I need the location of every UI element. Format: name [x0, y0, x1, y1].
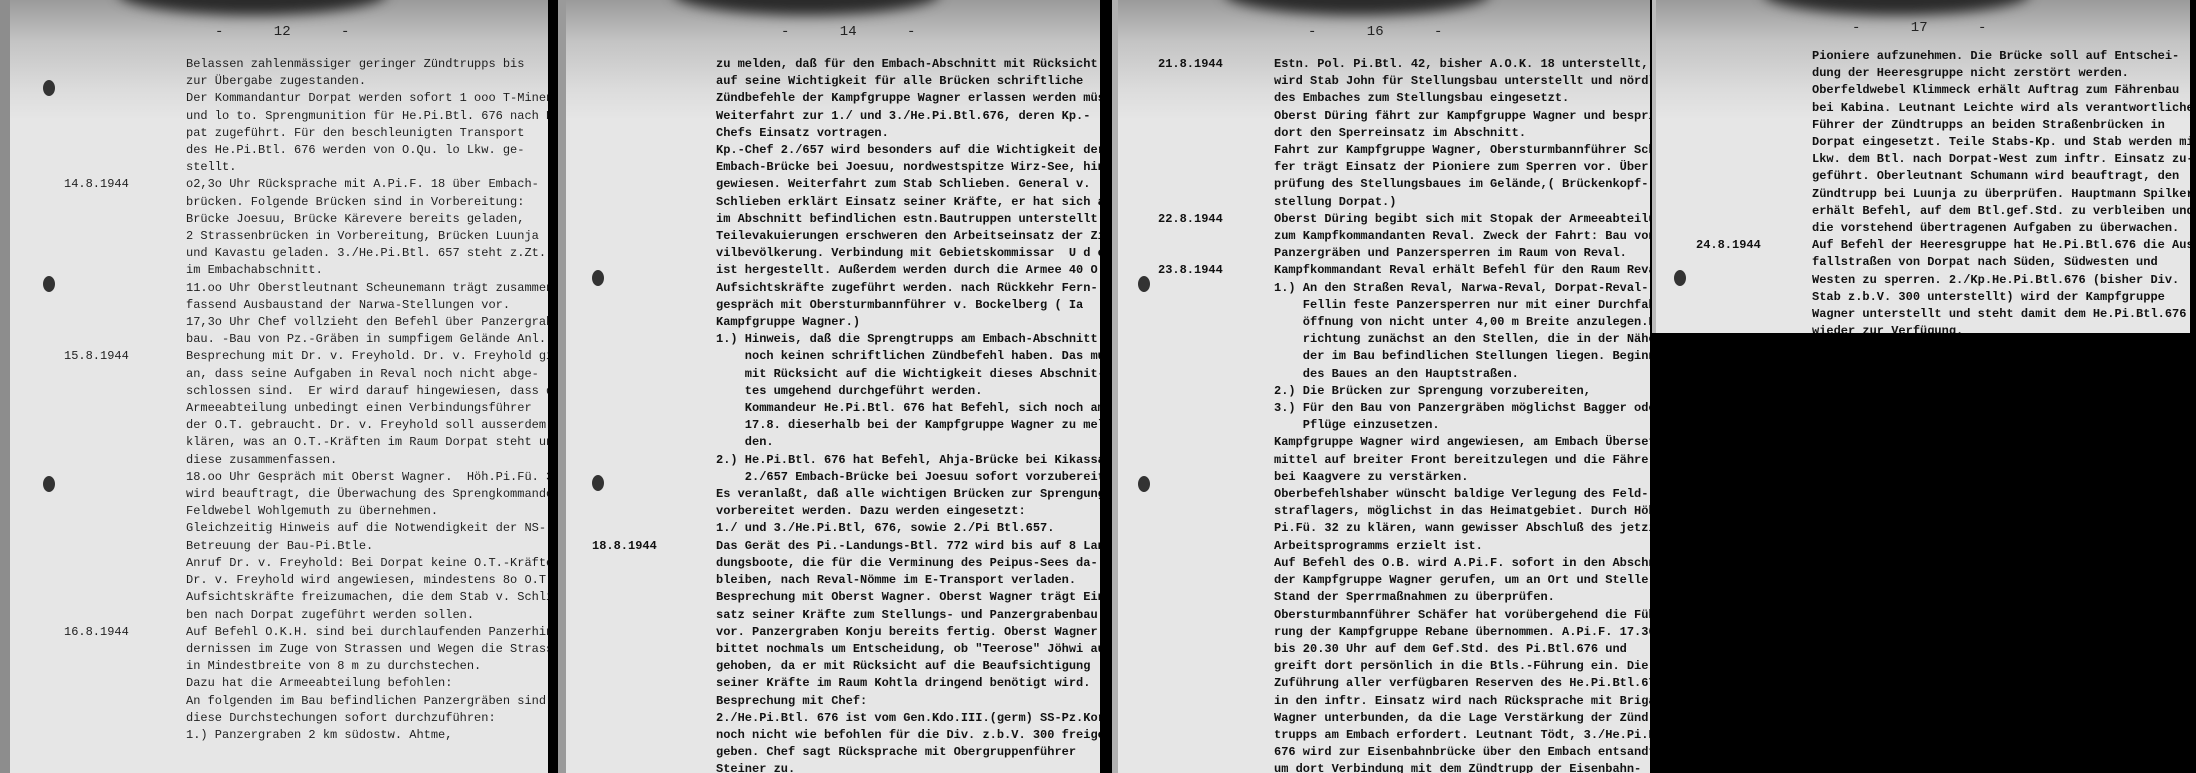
text-line: Auf Befehl des O.B. wird A.Pi.F. sofort … — [1274, 555, 1650, 572]
text-line: Besprechung mit Chef: — [716, 693, 1100, 710]
journal-entry: 1.) Hinweis, daß die Sprengtrupps am Emb… — [716, 331, 1100, 537]
journal-entry: zu melden, daß für den Embach-Abschnitt … — [716, 56, 1100, 331]
page-body: Belassen zahlenmässiger geringer Zündtru… — [186, 56, 548, 744]
text-line: seiner Kräfte im Raum Kohtla dringend be… — [716, 675, 1100, 692]
text-line: diese Durchstechungen sofort durchzuführ… — [186, 710, 548, 727]
text-line: Westen zu sperren. 2./Kp.He.Pi.Btl.676 (… — [1812, 272, 2190, 289]
text-line: Führer der Zündtrupps an beiden Straßenb… — [1812, 117, 2190, 134]
text-line: um dort Verbindung mit dem Zündtrupp der… — [1274, 761, 1650, 773]
text-line: brücken. Folgende Brücken sind in Vorber… — [186, 194, 548, 211]
text-line: zu melden, daß für den Embach-Abschnitt … — [716, 56, 1100, 73]
text-line: Oberst Düring fährt zur Kampfgruppe Wagn… — [1274, 108, 1650, 125]
text-line: 3.) Für den Bau von Panzergräben möglich… — [1274, 400, 1650, 417]
entry-date: 15.8.1944 — [64, 349, 129, 363]
text-line: 1.) Hinweis, daß die Sprengtrupps am Emb… — [716, 331, 1100, 348]
text-line: fallstraßen von Dorpat nach Süden, Südwe… — [1812, 254, 2190, 271]
journal-entry: 22.8.1944Oberst Düring begibt sich mit S… — [1158, 211, 1650, 263]
text-line: geben. Chef sagt Rücksprache mit Obergru… — [716, 744, 1100, 761]
text-line: Kampfgruppe Wagner wird angewiesen, am E… — [1274, 434, 1650, 451]
entry-date: 24.8.1944 — [1696, 238, 1761, 252]
text-line: Kommandeur He.Pi.Btl. 676 hat Befehl, si… — [716, 400, 1100, 417]
journal-entry: 16.8.1944Auf Befehl O.K.H. sind bei durc… — [186, 624, 548, 744]
text-line: zur Übergabe zugestanden. — [186, 73, 548, 90]
punch-hole-mark — [43, 476, 55, 492]
text-line: straflagers, möglichst in das Heimatgebi… — [1274, 503, 1650, 520]
text-line: tes umgehend durchgeführt werden. — [716, 383, 1100, 400]
text-line: dort den Sperreinsatz im Abschnitt. — [1274, 125, 1650, 142]
entry-date: 22.8.1944 — [1158, 212, 1223, 226]
text-line: 18.oo Uhr Gespräch mit Oberst Wagner. Hö… — [186, 469, 548, 486]
text-line: Pflüge einzusetzen. — [1274, 417, 1650, 434]
text-line: Oberbefehlshaber wünscht baldige Verlegu… — [1274, 486, 1650, 503]
page-number: - 14 - — [781, 24, 915, 40]
punch-hole-mark — [1674, 270, 1686, 286]
text-line: Es veranlaßt, daß alle wichtigen Brücken… — [716, 486, 1100, 503]
text-line: Stand der Sperrmaßnahmen zu überprüfen. — [1274, 589, 1650, 606]
text-line: greift dort persönlich in die Btls.-Führ… — [1274, 658, 1650, 675]
journal-entry: 21.8.1944Estn. Pol. Pi.Btl. 42, bisher A… — [1158, 56, 1650, 211]
text-line: gespräch mit Obersturmbannführer v. Bock… — [716, 297, 1100, 314]
text-line: Embach-Brücke bei Joesuu, nordwestspitze… — [716, 159, 1100, 176]
text-line: Dr. v. Freyhold wird angewiesen, mindest… — [186, 572, 548, 589]
text-line: 17,3o Uhr Chef vollzieht den Befehl über… — [186, 314, 548, 331]
text-line: Fellin feste Panzersperren nur mit einer… — [1274, 297, 1650, 314]
text-line: Brücke Joesuu, Brücke Kärevere bereits g… — [186, 211, 548, 228]
text-line: 676 wird zur Eisenbahnbrücke über den Em… — [1274, 744, 1650, 761]
entry-date: 21.8.1944 — [1158, 57, 1223, 71]
page-number: - 12 - — [215, 24, 349, 40]
text-line: des Embaches zum Stellungsbau eingesetzt… — [1274, 90, 1650, 107]
text-line: der im Bau befindlichen Stellungen liege… — [1274, 348, 1650, 365]
text-line: Aufsichtskräfte zugeführt werden. nach R… — [716, 280, 1100, 297]
text-line: Pi.Fü. 32 zu klären, wann gewisser Absch… — [1274, 520, 1650, 537]
text-line: ist hergestellt. Außerdem werden durch d… — [716, 262, 1100, 279]
text-line: im Abschnitt befindlichen estn.Bautruppe… — [716, 211, 1100, 228]
text-line: wird Stab John für Stellungsbau unterste… — [1274, 73, 1650, 90]
text-line: bau. -Bau von Pz.-Gräben in sumpfigem Ge… — [186, 331, 548, 348]
text-line: Stab z.b.V. 300 unterstellt) wird der Ka… — [1812, 289, 2190, 306]
text-line: ben nach Dorpat zugeführt werden sollen. — [186, 607, 548, 624]
text-line: 1./ und 3./He.Pi.Btl, 676, sowie 2./Pi B… — [716, 520, 1100, 537]
page-16: - 16 - 21.8.1944Estn. Pol. Pi.Btl. 42, b… — [1112, 0, 1650, 773]
text-line: den. — [716, 434, 1100, 451]
text-line: Obersturmbannführer Schäfer hat vorüberg… — [1274, 607, 1650, 624]
punch-hole-mark — [1138, 476, 1150, 492]
text-line: Panzergräben und Panzersperren im Raum v… — [1274, 245, 1650, 262]
text-line: Oberst Düring begibt sich mit Stopak der… — [1274, 211, 1650, 228]
text-line: stellung Dorpat.) — [1274, 194, 1650, 211]
text-line: auf seine Wichtigkeit für alle Brücken s… — [716, 73, 1100, 90]
journal-entry: 14.8.1944o2,3o Uhr Rücksprache mit A.Pi.… — [186, 176, 548, 348]
text-line: stellt. — [186, 159, 548, 176]
page-body: 21.8.1944Estn. Pol. Pi.Btl. 42, bisher A… — [1158, 56, 1650, 773]
text-line: schlossen sind. Er wird darauf hingewies… — [186, 383, 548, 400]
text-line: Anruf Dr. v. Freyhold: Bei Dorpat keine … — [186, 555, 548, 572]
text-line: Chefs Einsatz vortragen. — [716, 125, 1100, 142]
page-12: - 12 - Belassen zahlenmässiger geringer … — [0, 0, 548, 773]
text-line: Arbeitsprogramms erzielt ist. — [1274, 538, 1650, 555]
text-line: vorbereitet werden. Dazu werden eingeset… — [716, 503, 1100, 520]
text-line: 11.oo Uhr Oberstleutnant Scheunemann trä… — [186, 280, 548, 297]
text-line: erhält Befehl, auf dem Btl.gef.Std. zu v… — [1812, 203, 2190, 220]
text-line: der Kampfgruppe Wagner gerufen, um an Or… — [1274, 572, 1650, 589]
text-line: Auf Befehl der Heeresgruppe hat He.Pi.Bt… — [1812, 237, 2190, 254]
text-line: Feldwebel Wohlgemuth zu übernehmen. — [186, 503, 548, 520]
text-line: Zuführung aller verfügbaren Reserven des… — [1274, 675, 1650, 692]
text-line: Kp.-Chef 2./657 wird besonders auf die W… — [716, 142, 1100, 159]
text-line: in Mindestbreite von 8 m zu durchstechen… — [186, 658, 548, 675]
text-line: und lo to. Sprengmunition für He.Pi.Btl.… — [186, 108, 548, 125]
journal-entry: Belassen zahlenmässiger geringer Zündtru… — [186, 56, 548, 176]
text-line: an, dass seine Aufgaben in Reval noch ni… — [186, 366, 548, 383]
text-line: 2 Strassenbrücken in Vorbereitung, Brück… — [186, 228, 548, 245]
text-line: satz seiner Kräfte zum Stellungs- und Pa… — [716, 607, 1100, 624]
page-number: - 16 - — [1308, 24, 1442, 40]
text-line: 2.) He.Pi.Btl. 676 hat Befehl, Ahja-Brüc… — [716, 452, 1100, 469]
text-line: Fahrt zur Kampfgruppe Wagner, Obersturmb… — [1274, 142, 1650, 159]
text-line: 2./657 Embach-Brücke bei Joesuu sofort v… — [716, 469, 1100, 486]
text-line: Schlieben erklärt Einsatz seiner Kräfte,… — [716, 194, 1100, 211]
text-line: des Baues an den Hauptstraßen. — [1274, 366, 1650, 383]
text-line: Besprechung mit Oberst Wagner. Oberst Wa… — [716, 589, 1100, 606]
text-line: Weiterfahrt zur 1./ und 3./He.Pi.Btl.676… — [716, 108, 1100, 125]
text-line: 2./He.Pi.Btl. 676 ist vom Gen.Kdo.III.(g… — [716, 710, 1100, 727]
journal-entry: 24.8.1944Auf Befehl der Heeresgruppe hat… — [1696, 237, 2190, 333]
journal-entry: 18.8.1944Das Gerät des Pi.-Landungs-Btl.… — [716, 538, 1100, 773]
text-line: trupps am Embach erfordert. Leutnant Töd… — [1274, 727, 1650, 744]
text-line: o2,3o Uhr Rücksprache mit A.Pi.F. 18 übe… — [186, 176, 548, 193]
text-line: der O.T. gebraucht. Dr. v. Freyhold soll… — [186, 417, 548, 434]
text-line: dernissen im Zuge von Strassen und Wegen… — [186, 641, 548, 658]
text-line: mittel auf breiter Front bereitzulegen u… — [1274, 452, 1650, 469]
page-14: - 14 - zu melden, daß für den Embach-Abs… — [558, 0, 1100, 773]
text-line: 1.) Panzergraben 2 km südostw. Ahtme, — [186, 727, 548, 744]
text-line: Besprechung mit Dr. v. Freyhold. Dr. v. … — [186, 348, 548, 365]
page-body: Pioniere aufzunehmen. Die Brücke soll au… — [1696, 48, 2190, 333]
text-line: bei Kaagvere zu verstärken. — [1274, 469, 1650, 486]
text-line: Oberfeldwebel Klimmeck erhält Auftrag zu… — [1812, 82, 2190, 99]
text-line: des He.Pi.Btl. 676 werden von O.Qu. lo L… — [186, 142, 548, 159]
entry-date: 16.8.1944 — [64, 625, 129, 639]
text-line: bittet nochmals um Entscheidung, ob "Tee… — [716, 641, 1100, 658]
text-line: fer trägt Einsatz der Pioniere zum Sperr… — [1274, 159, 1650, 176]
text-line: Aufsichtskräfte freizumachen, die dem St… — [186, 589, 548, 606]
text-line: Wagner unterstellt und steht damit dem H… — [1812, 306, 2190, 323]
text-line: im Embachabschnitt. — [186, 262, 548, 279]
text-line: Betreuung der Bau-Pi.Btle. — [186, 538, 548, 555]
text-line: pat zugeführt. Für den beschleunigten Tr… — [186, 125, 548, 142]
text-line: Dazu hat die Armeeabteilung befohlen: — [186, 675, 548, 692]
text-line: Belassen zahlenmässiger geringer Zündtru… — [186, 56, 548, 73]
text-line: Gleichzeitig Hinweis auf die Notwendigke… — [186, 520, 548, 537]
punch-hole-mark — [592, 475, 604, 491]
text-line: noch nicht wie befohlen für die Div. z.b… — [716, 727, 1100, 744]
entry-date: 18.8.1944 — [592, 539, 657, 553]
text-line: dung der Heeresgruppe nicht zerstört wer… — [1812, 65, 2190, 82]
journal-entry: Pioniere aufzunehmen. Die Brücke soll au… — [1696, 48, 2190, 237]
text-line: geführt. Oberleutnant Schumann wird beau… — [1812, 168, 2190, 185]
text-line: mit Rücksicht auf die Wichtigkeit dieses… — [716, 366, 1100, 383]
text-line: richtung zunächst an den Stellen, die in… — [1274, 331, 1650, 348]
text-line: Das Gerät des Pi.-Landungs-Btl. 772 wird… — [716, 538, 1100, 555]
text-line: prüfung des Stellungsbaues im Gelände,( … — [1274, 176, 1650, 193]
punch-hole-mark — [1138, 276, 1150, 292]
page-number: - 17 - — [1852, 20, 1986, 36]
text-line: bleiben, nach Reval-Nömme im E-Transport… — [716, 572, 1100, 589]
text-line: Dorpat eingesetzt. Teile Stabs-Kp. und S… — [1812, 134, 2190, 151]
text-line: dungsboote, die für die Verminung des Pe… — [716, 555, 1100, 572]
text-line: wieder zur Verfügung. — [1812, 323, 2190, 333]
punch-hole-mark — [592, 270, 604, 286]
page-body: zu melden, daß für den Embach-Abschnitt … — [716, 56, 1100, 773]
entry-date: 14.8.1944 — [64, 177, 129, 191]
text-line: Teilevakuierungen erschweren den Arbeits… — [716, 228, 1100, 245]
entry-date: 23.8.1944 — [1158, 263, 1223, 277]
text-line: die vorstehend übertragenen Aufgaben zu … — [1812, 220, 2190, 237]
text-line: Zündbefehle der Kampfgruppe Wagner erlas… — [716, 90, 1100, 107]
text-line: wird beauftragt, die Überwachung des Spr… — [186, 486, 548, 503]
text-line: vor. Panzergraben Konju bereits fertig. … — [716, 624, 1100, 641]
text-line: vilbevölkerung. Verbindung mit Gebietsko… — [716, 245, 1100, 262]
text-line: bei Kabina. Leutnant Leichte wird als ve… — [1812, 100, 2190, 117]
punch-hole-mark — [43, 276, 55, 292]
text-line: öffnung von nicht unter 4,00 m Breite an… — [1274, 314, 1650, 331]
text-line: An folgenden im Bau befindlichen Panzerg… — [186, 693, 548, 710]
text-line: Der Kommandantur Dorpat werden sofort 1 … — [186, 90, 548, 107]
text-line: 1.) An den Straßen Reval, Narwa-Reval, D… — [1274, 280, 1650, 297]
text-line: Steiner zu. — [716, 761, 1100, 773]
text-line: noch keinen schriftlichen Zündbefehl hab… — [716, 348, 1100, 365]
text-line: bis 20.30 Uhr auf dem Gef.Std. des Pi.Bt… — [1274, 641, 1650, 658]
text-line: Lkw. dem Btl. nach Dorpat-West zum inftr… — [1812, 151, 2190, 168]
text-line: Auf Befehl O.K.H. sind bei durchlaufende… — [186, 624, 548, 641]
text-line: diese zusammenfassen. — [186, 452, 548, 469]
text-line: in den inftr. Einsatz wird nach Rückspra… — [1274, 693, 1650, 710]
page-17: - 17 - Pioniere aufzunehmen. Die Brücke … — [1652, 0, 2190, 333]
text-line: Kampfkommandant Reval erhält Befehl für … — [1274, 262, 1650, 279]
text-line: 2.) Die Brücken zur Sprengung vorzuberei… — [1274, 383, 1650, 400]
text-line: gehoben, da er mit Rücksicht auf die Bea… — [716, 658, 1100, 675]
journal-entry: 15.8.1944Besprechung mit Dr. v. Freyhold… — [186, 348, 548, 623]
text-line: Kampfgruppe Wagner.) — [716, 314, 1100, 331]
text-line: Zündtrupp bei Luunja zu überprüfen. Haup… — [1812, 186, 2190, 203]
text-line: Estn. Pol. Pi.Btl. 42, bisher A.O.K. 18 … — [1274, 56, 1650, 73]
punch-hole-mark — [43, 80, 55, 96]
text-line: und Kavastu geladen. 3./He.Pi.Btl. 657 s… — [186, 245, 548, 262]
journal-entry: 23.8.1944Kampfkommandant Reval erhält Be… — [1158, 262, 1650, 773]
text-line: fassend Ausbaustand der Narwa-Stellungen… — [186, 297, 548, 314]
text-line: zum Kampfkommandanten Reval. Zweck der F… — [1274, 228, 1650, 245]
text-line: klären, was an O.T.-Kräften im Raum Dorp… — [186, 434, 548, 451]
text-line: Wagner unterbunden, da die Lage Verstärk… — [1274, 710, 1650, 727]
text-line: 17.8. dieserhalb bei der Kampfgruppe Wag… — [716, 417, 1100, 434]
text-line: gewiesen. Weiterfahrt zum Stab Schlieben… — [716, 176, 1100, 193]
text-line: Pioniere aufzunehmen. Die Brücke soll au… — [1812, 48, 2190, 65]
text-line: rung der Kampfgruppe Rebane übernommen. … — [1274, 624, 1650, 641]
text-line: Armeeabteilung unbedingt einen Verbindun… — [186, 400, 548, 417]
